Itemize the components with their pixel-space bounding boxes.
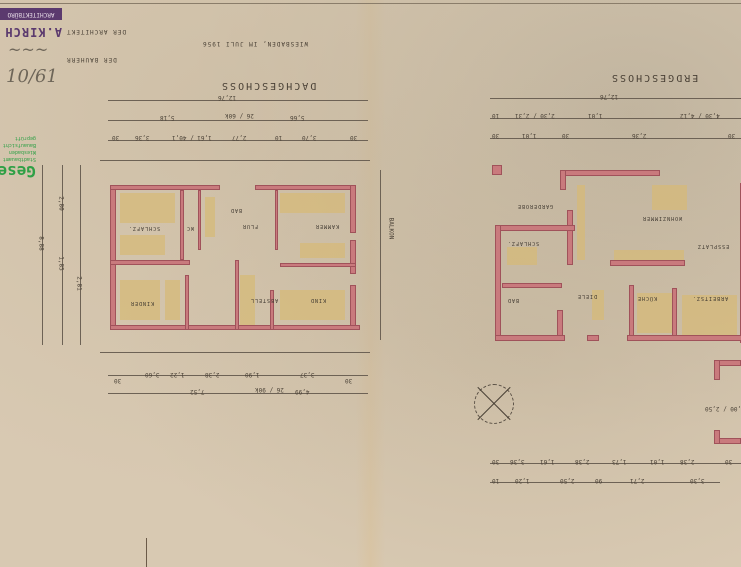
dimension-text: 30 (114, 377, 121, 384)
dimension-text: 1,61 (540, 458, 554, 465)
furniture-bathtub (205, 197, 215, 237)
wall (350, 185, 356, 233)
room-label: BAD (230, 207, 242, 213)
dimension-line (380, 170, 381, 340)
sheet-edge-line (0, 3, 741, 4)
dimension-text: 30 (350, 134, 357, 141)
dimension-text: 1,01 (588, 112, 602, 119)
dimension-text: 90 (595, 477, 602, 484)
dimension-line (42, 165, 43, 345)
dimension-text: 2,38 (680, 458, 694, 465)
dimension-text: 30 (725, 458, 732, 465)
wall (560, 170, 566, 190)
furniture-wardrobe (165, 280, 180, 320)
signature: ~~~ (8, 40, 48, 59)
dimension-text: 4,99 (295, 388, 309, 395)
furniture-bed (280, 193, 345, 213)
dimension-text: 30 (492, 458, 499, 465)
dimension-text: 2,71 (630, 477, 644, 484)
dimension-text: 2,30 / 2,31 (515, 112, 555, 119)
dimension-text: 10 (492, 477, 499, 484)
place-date: WIESBADEN, IM JULI 1956 (202, 40, 308, 47)
dimension-text: 12,76 (600, 93, 618, 100)
dimension-text: 3,36 (135, 134, 149, 141)
wall (110, 260, 190, 265)
dimension-text: 3,30 (690, 477, 704, 484)
dimension-text: 5,66 (290, 114, 304, 121)
dimension-line (80, 165, 81, 345)
dimension-line (108, 393, 368, 394)
green-stamp-line: Bauaufsicht (0, 141, 36, 148)
dimension-line (100, 160, 370, 161)
dimension-text: 30 (492, 132, 499, 139)
wall (180, 190, 184, 260)
green-stamp-line: Wiesbaden (0, 148, 36, 155)
dimension-text: 3,36 (510, 458, 524, 465)
wall (672, 288, 677, 338)
dimension-text: 2,77 (232, 134, 246, 141)
wall (255, 185, 355, 190)
dimension-text: 1,61 / 40,1 (172, 134, 212, 141)
dimension-text: 1,20 (515, 477, 529, 484)
wall (714, 430, 720, 444)
wall (587, 335, 599, 341)
green-stamp-mark: Gesehen (0, 162, 36, 180)
wall (110, 185, 220, 190)
dimension-text: 1,73 (612, 458, 626, 465)
dimension-text: 2,00 / 2,50 (705, 405, 741, 412)
dimension-text: 30 (112, 134, 119, 141)
green-approval-stamp: Gesehen Stadtbauamt Wiesbaden Bauaufsich… (0, 100, 36, 180)
dimension-text: 1,01 (650, 458, 664, 465)
room-label: ESSPLATZ (697, 243, 729, 249)
dimension-text: 26 / 90k (255, 386, 284, 393)
dimension-text: 2,80 (58, 196, 65, 210)
handwritten-number: 10/61 (6, 66, 58, 87)
wall (560, 170, 660, 176)
dimension-text: 1,85 (58, 256, 65, 270)
wall (280, 263, 356, 267)
green-stamp-line: Stadtbauamt (0, 155, 36, 162)
wall (235, 260, 239, 330)
dimension-text: 30 (728, 132, 735, 139)
dimension-text: 2,50 (560, 477, 574, 484)
plan-title-dachgeschoss: DACHGESCHOSS (220, 80, 316, 91)
room-label: KÜCHE (637, 295, 657, 301)
paper-crease (146, 538, 147, 567)
dimension-text: 10 (275, 134, 282, 141)
wall (627, 335, 741, 341)
wall (270, 290, 274, 330)
furniture-bed (507, 247, 537, 265)
room-label: ARBEITSZ. (692, 295, 728, 301)
dimension-text: 12,76 (218, 94, 236, 101)
wall (567, 210, 573, 265)
dimension-text: 1,01 (522, 132, 536, 139)
dimension-text: 30 (562, 132, 569, 139)
dimension-line (100, 352, 370, 353)
wall (629, 285, 634, 340)
furniture-bed (280, 290, 345, 320)
dimension-text: 1,22 (170, 371, 184, 378)
dimension-text: 3,37 (300, 371, 314, 378)
furniture-bed (300, 243, 345, 258)
room-label: KIND (310, 297, 326, 303)
furniture-bed (120, 193, 175, 223)
balcony-label: BALKON (387, 218, 394, 240)
dimension-text: 8,88 (38, 236, 45, 250)
room-label: DIELE (577, 293, 597, 299)
dimension-text: 4,30 / 4,12 (680, 112, 720, 119)
wall (198, 190, 201, 250)
room-label: KAMMER (315, 223, 339, 229)
dimension-text: 1,90 (245, 371, 259, 378)
dimension-text: 2,38 (575, 458, 589, 465)
furniture-cabinet (577, 185, 585, 260)
room-label: SCHLAFZ. (128, 225, 160, 231)
furniture-sideboard (614, 250, 684, 260)
dimension-text: 26 / 60k (225, 112, 254, 119)
room-label: WOHNZIMMER (642, 215, 682, 221)
room-label: FLUR (242, 223, 258, 229)
wall (275, 190, 278, 250)
wall (495, 225, 501, 340)
dimension-text: 2,38 (205, 371, 219, 378)
wall (495, 335, 565, 341)
architect-stamp-header: ARCHITEKTBÜRO (0, 8, 62, 20)
dimension-text: 5,18 (160, 114, 174, 121)
furniture-dining-table (652, 185, 687, 210)
dimension-text: 30 (345, 377, 352, 384)
dimension-line (108, 100, 368, 101)
dimension-text: 3,70 (302, 134, 316, 141)
furniture-wardrobe (120, 235, 165, 255)
wall (350, 285, 356, 330)
dimension-line (108, 120, 368, 121)
wall (110, 185, 116, 330)
architect-label: DER ARCHITEKT (66, 28, 126, 35)
north-arrow-icon (474, 384, 514, 424)
dimension-text: 2,81 (76, 276, 83, 290)
wall (185, 275, 189, 330)
wall (350, 240, 356, 274)
room-label: SCHLAFZ. (507, 240, 539, 246)
dimension-line (62, 165, 63, 345)
dimension-text: 3,60 (145, 371, 159, 378)
wall (502, 283, 562, 288)
room-label: BAD (507, 297, 519, 303)
green-stamp-line: geprüft (0, 134, 36, 141)
room-label: KINDER (130, 300, 154, 306)
dimension-text: 2,36 (632, 132, 646, 139)
wall (492, 165, 502, 175)
room-label: ABSTELL (250, 297, 278, 303)
wall (610, 260, 685, 266)
dimension-text: 10 (492, 112, 499, 119)
dimension-text: 7,52 (190, 388, 204, 395)
plan-title-erdgeschoss: ERDGESCHOSS (610, 72, 698, 83)
wall (495, 225, 575, 231)
architect-stamp-name: A.KIRCH (0, 23, 62, 39)
furniture-desk (682, 295, 737, 335)
wall (714, 360, 720, 380)
room-label: WC (186, 225, 194, 231)
client-label: DER BAUHERR (66, 56, 117, 63)
room-label: GARDEROBE (517, 203, 553, 209)
